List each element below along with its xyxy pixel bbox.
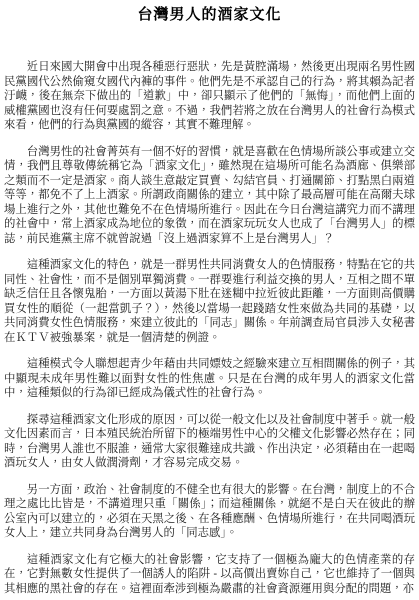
paragraph: 探尋這種酒家文化形成的原因，可以從一般文化以及社會制度中著手。就一般文化因素而言… [4, 413, 415, 471]
article-body: 近日來國大開會中出現各種惡行惡狀，先是黃腔滿場，然後更出現兩名男性國民黨國代公然… [4, 60, 415, 596]
paragraph: 台灣男性的社會菁英有一個不好的習慣，就是喜歡在色情場所談公事或建立交情，我們且尊… [4, 145, 415, 247]
paragraph: 這種模式令人聯想起青少年藉由共同嫖妓之經驗來建立互相間關係的例子，其中顯現未成年… [4, 357, 415, 401]
paragraph: 另一方面，政治、社會制度的不健全也有很大的影響。在台灣，制度上的不合理之處比比皆… [4, 483, 415, 541]
paragraph: 這種酒家文化有它極大的社會影響，它支持了一個極為龐大的色情產業的存在，它對無數女… [4, 553, 415, 597]
paragraph: 這種酒家文化的特色，就是一群男性共同消費女人的色情服務，特點在它的共同性、社會性… [4, 258, 415, 345]
article-page: 台灣男人的酒家文化 近日來國大開會中出現各種惡行惡狀，先是黃腔滿場，然後更出現兩… [0, 0, 419, 600]
paragraph: 近日來國大開會中出現各種惡行惡狀，先是黃腔滿場，然後更出現兩名男性國民黨國代公然… [4, 60, 415, 133]
page-title: 台灣男人的酒家文化 [4, 7, 415, 23]
